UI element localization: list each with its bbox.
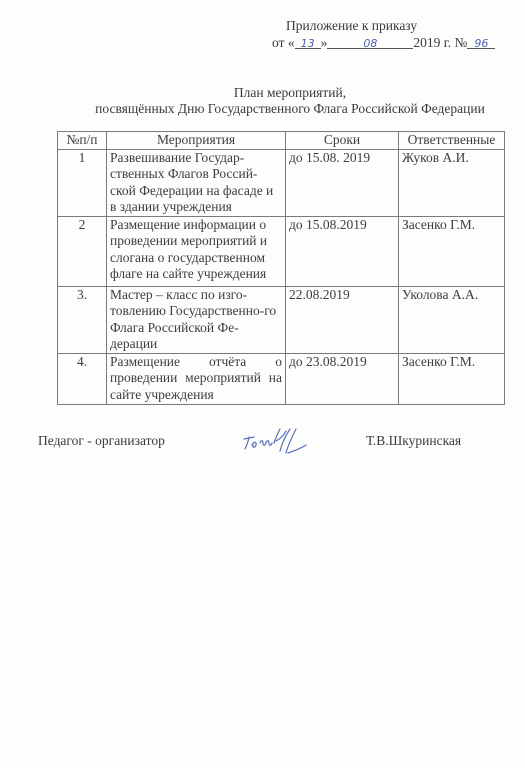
table-row: 2 Размещение информации о проведении мер… xyxy=(58,216,505,286)
row-number: 3. xyxy=(58,286,107,353)
events-table: №п/п Мероприятия Сроки Ответственные 1 Р… xyxy=(57,131,505,405)
date-quote-close: » xyxy=(321,35,328,50)
row-number: 2 xyxy=(58,216,107,286)
row-deadline: 22.08.2019 xyxy=(286,286,399,353)
table-header-row: №п/п Мероприятия Сроки Ответственные xyxy=(58,132,505,150)
row-event: Размещение отчёта о проведении мероприят… xyxy=(107,353,286,404)
handwritten-signature-icon xyxy=(240,425,310,461)
signatory-role: Педагог - организатор xyxy=(38,433,165,449)
title-line-1: План мероприятий, xyxy=(60,85,520,101)
document-title: План мероприятий, посвящённых Дню Госуда… xyxy=(60,85,520,117)
title-line-2: посвящённых Дню Государственного Флага Р… xyxy=(60,101,520,117)
order-number-field: 96 xyxy=(467,34,495,49)
date-month-field: 08 xyxy=(327,34,413,49)
column-header-responsible: Ответственные xyxy=(399,132,505,150)
row-number: 1 xyxy=(58,149,107,216)
row-event: Мастер – класс по изго-товлению Государс… xyxy=(107,286,286,353)
date-day-handwritten: 13 xyxy=(301,37,315,50)
date-prefix: от « xyxy=(272,35,295,50)
table-row: 4. Размещение отчёта о проведении меропр… xyxy=(58,353,505,404)
row-deadline: до 23.08.2019 xyxy=(286,353,399,404)
order-number-handwritten: 96 xyxy=(474,37,488,50)
document-page: Приложение к приказу от «13»082019 г. №9… xyxy=(0,0,525,768)
order-date-line: от «13»082019 г. №96 xyxy=(272,34,495,51)
column-header-deadline: Сроки xyxy=(286,132,399,150)
column-header-number: №п/п xyxy=(58,132,107,150)
row-deadline: до 15.08.2019 xyxy=(286,216,399,286)
column-header-event: Мероприятия xyxy=(107,132,286,150)
row-deadline: до 15.08. 2019 xyxy=(286,149,399,216)
row-responsible: Уколова А.А. xyxy=(399,286,505,353)
date-year: 2019 г. № xyxy=(413,35,467,50)
signature-block: Педагог - организатор Т.В.Шкуринская xyxy=(38,425,488,455)
row-responsible: Засенко Г.М. xyxy=(399,353,505,404)
appendix-header: Приложение к приказу от «13»082019 г. №9… xyxy=(272,17,495,51)
row-number: 4. xyxy=(58,353,107,404)
row-responsible: Засенко Г.М. xyxy=(399,216,505,286)
row-responsible: Жуков А.И. xyxy=(399,149,505,216)
date-day-field: 13 xyxy=(295,34,321,49)
row-event: Развешивание Государ-ственных Флагов Рос… xyxy=(107,149,286,216)
table-row: 1 Развешивание Государ-ственных Флагов Р… xyxy=(58,149,505,216)
date-month-handwritten: 08 xyxy=(363,37,377,50)
row-event: Размещение информации о проведении мероп… xyxy=(107,216,286,286)
appendix-label: Приложение к приказу xyxy=(272,17,495,34)
signatory-name: Т.В.Шкуринская xyxy=(366,433,461,449)
table-row: 3. Мастер – класс по изго-товлению Госуд… xyxy=(58,286,505,353)
